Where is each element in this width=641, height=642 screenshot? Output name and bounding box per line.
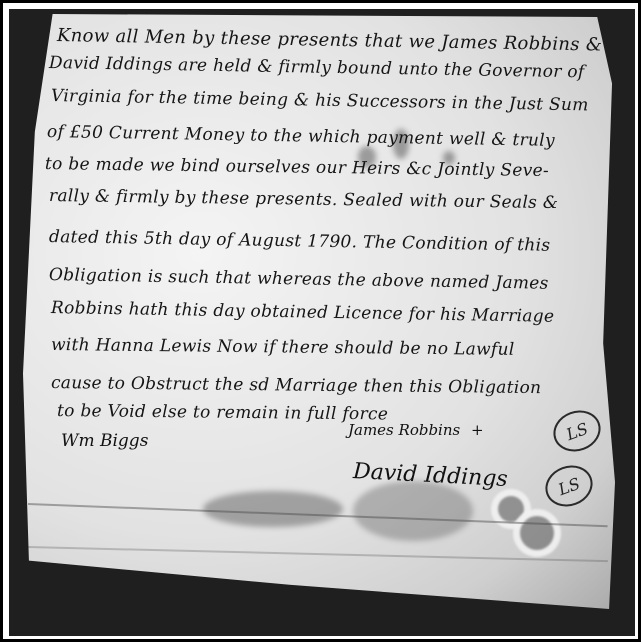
bleed-through-text: James Robbins & David Iddings — [9, 566, 113, 588]
body-line-9: Robbins hath this day obtained Licence f… — [51, 298, 555, 327]
body-line-2: David Iddings are held & firmly bound un… — [49, 53, 585, 82]
body-line-1: Know all Men by these presents that we J… — [57, 25, 603, 56]
body-line-5: to be made we bind ourselves our Heirs &… — [45, 154, 549, 181]
wax-seal-2: LS — [540, 459, 599, 513]
body-line-4: of £50 Current Money to the which paymen… — [47, 122, 555, 151]
body-line-6: rally & firmly by these presents. Sealed… — [49, 186, 559, 213]
body-line-10: with Hanna Lewis Now if there should be … — [51, 335, 515, 360]
body-line-12: to be Void else to remain in full force — [57, 401, 388, 424]
document-paper: James Robbins & David Iddings Bond for M… — [23, 11, 615, 615]
image-frame: James Robbins & David Iddings Bond for M… — [0, 0, 641, 642]
water-ring-stain — [513, 509, 561, 557]
water-stain — [353, 481, 473, 541]
signer-name: James Robbins — [348, 421, 460, 439]
water-stain — [203, 491, 343, 527]
body-line-7: dated this 5th day of August 1790. The C… — [49, 227, 551, 256]
signature-james-robbins: James Robbins + — [348, 421, 484, 439]
scan-background: James Robbins & David Iddings Bond for M… — [9, 9, 635, 636]
body-line-11: cause to Obstruct the sd Marriage then t… — [51, 373, 542, 398]
witness-signature: Wm Biggs — [61, 431, 148, 451]
bleed-through-text: Bond for Marriage 1790 — [9, 596, 123, 617]
wax-seal-1: LS — [548, 404, 607, 458]
body-line-8: Obligation is such that whereas the abov… — [49, 265, 549, 294]
signer-mark: + — [471, 421, 484, 439]
body-line-3: Virginia for the time being & his Succes… — [51, 86, 589, 115]
